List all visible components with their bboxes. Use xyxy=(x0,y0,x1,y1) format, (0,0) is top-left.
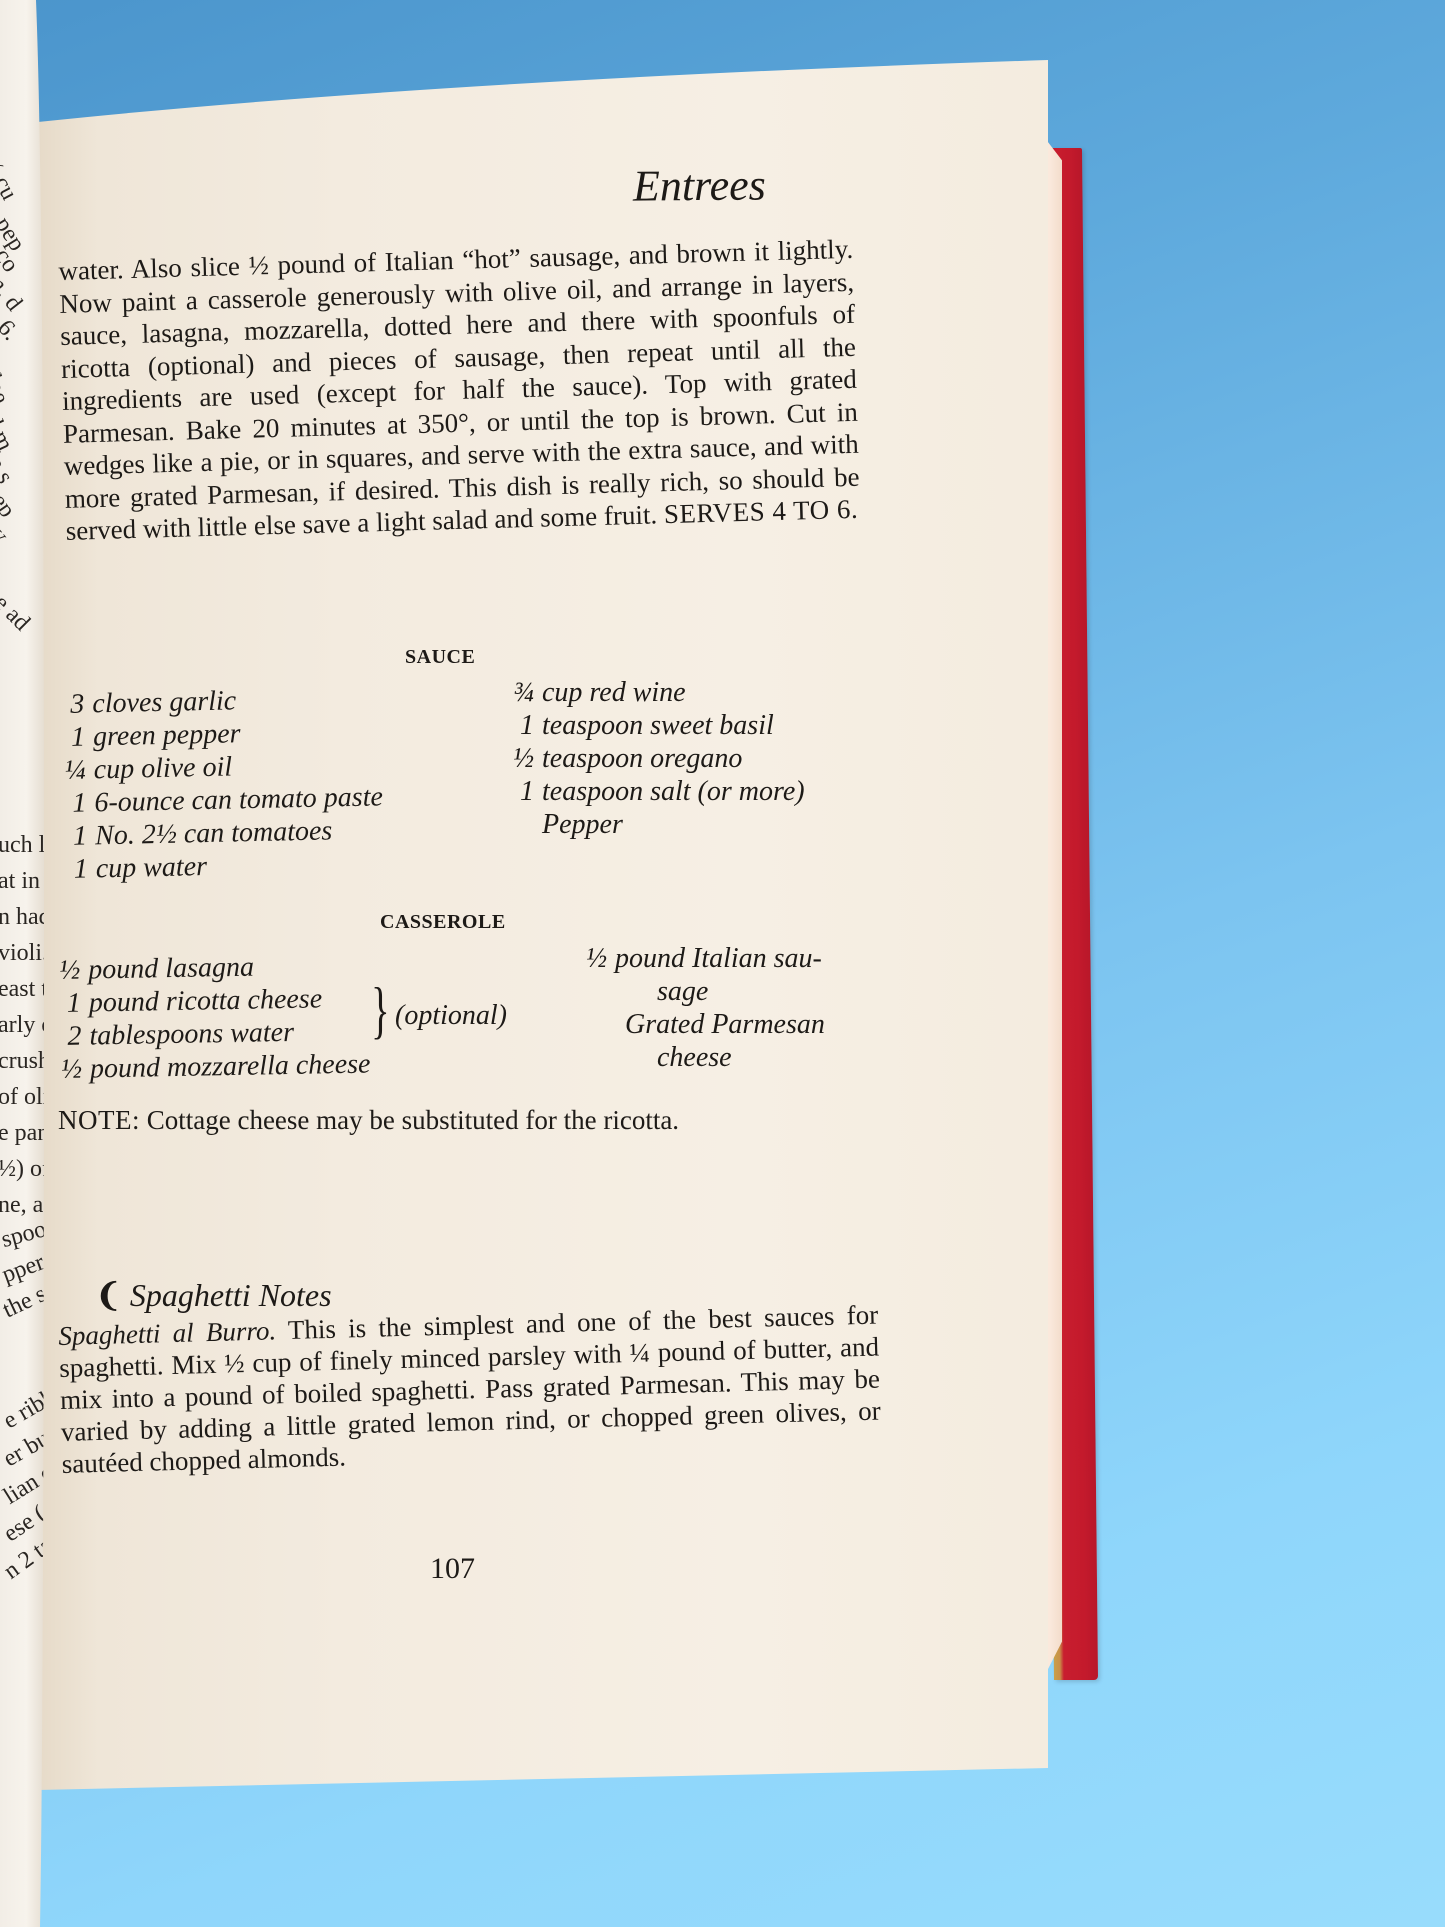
ingredient-row: ½pound lasagna xyxy=(58,949,369,987)
sauce-ingredients-right: ¾cup red wine 1teaspoon sweet basil ½tea… xyxy=(512,676,805,841)
casserole-ingredients-right: ½pound Italian sau- sage Grated Parmesan… xyxy=(585,942,825,1074)
ingredient-row: cheese xyxy=(585,1041,825,1074)
section-marker-icon: ❨ xyxy=(95,1277,122,1313)
ingredient-row: 2tablespoons water xyxy=(59,1015,370,1053)
ingredient-row: 1cup water xyxy=(65,846,384,886)
ingredient-row: 1pound ricotta cheese xyxy=(59,982,370,1020)
ingredient-row: sage xyxy=(585,975,825,1008)
serves-label: SERVES 4 TO 6. xyxy=(663,494,858,529)
spaghetti-al-burro-paragraph: Spaghetti al Burro. This is the simplest… xyxy=(58,1299,882,1480)
ingredient-row: 1teaspoon salt (or more) xyxy=(512,775,805,808)
running-head: Entrees xyxy=(633,159,766,211)
page-number: 107 xyxy=(430,1552,475,1586)
lead-italic: Spaghetti al Burro. xyxy=(58,1315,276,1351)
right-page-content: Entrees water. Also slice ½ pound of Ita… xyxy=(0,0,1445,1927)
ingredient-row: ½pound mozzarella cheese xyxy=(60,1048,371,1086)
ingredient-row: ½pound Italian sau- xyxy=(585,942,825,975)
recipe-note: NOTE: Cottage cheese may be substituted … xyxy=(58,1105,679,1136)
recipe-intro-paragraph: water. Also slice ½ pound of Italian “ho… xyxy=(58,233,861,548)
note-text: Cottage cheese may be substituted for th… xyxy=(147,1105,679,1135)
note-label: NOTE: xyxy=(58,1105,140,1135)
ingredient-row: Grated Parmesan xyxy=(585,1008,825,1041)
casserole-heading: CASSEROLE xyxy=(380,911,506,934)
casserole-ingredients-left: ½pound lasagna 1pound ricotta cheese 2ta… xyxy=(58,949,371,1086)
ingredient-row: 16-ounce can tomato paste xyxy=(64,780,383,820)
subhead-text: Spaghetti Notes xyxy=(130,1277,332,1313)
optional-label: (optional) xyxy=(395,1000,507,1032)
spaghetti-notes-heading: ❨Spaghetti Notes xyxy=(95,1276,332,1314)
sauce-ingredients-left: 3cloves garlic 1green pepper ¼cup olive … xyxy=(62,681,385,886)
sauce-heading: SAUCE xyxy=(405,646,475,669)
brace-icon: } xyxy=(371,978,389,1042)
ingredient-row: ¾cup red wine xyxy=(512,676,805,709)
ingredient-row: ½teaspoon oregano xyxy=(512,742,805,775)
ingredient-row: Pepper xyxy=(512,808,805,841)
ingredient-row: 1teaspoon sweet basil xyxy=(512,709,805,742)
